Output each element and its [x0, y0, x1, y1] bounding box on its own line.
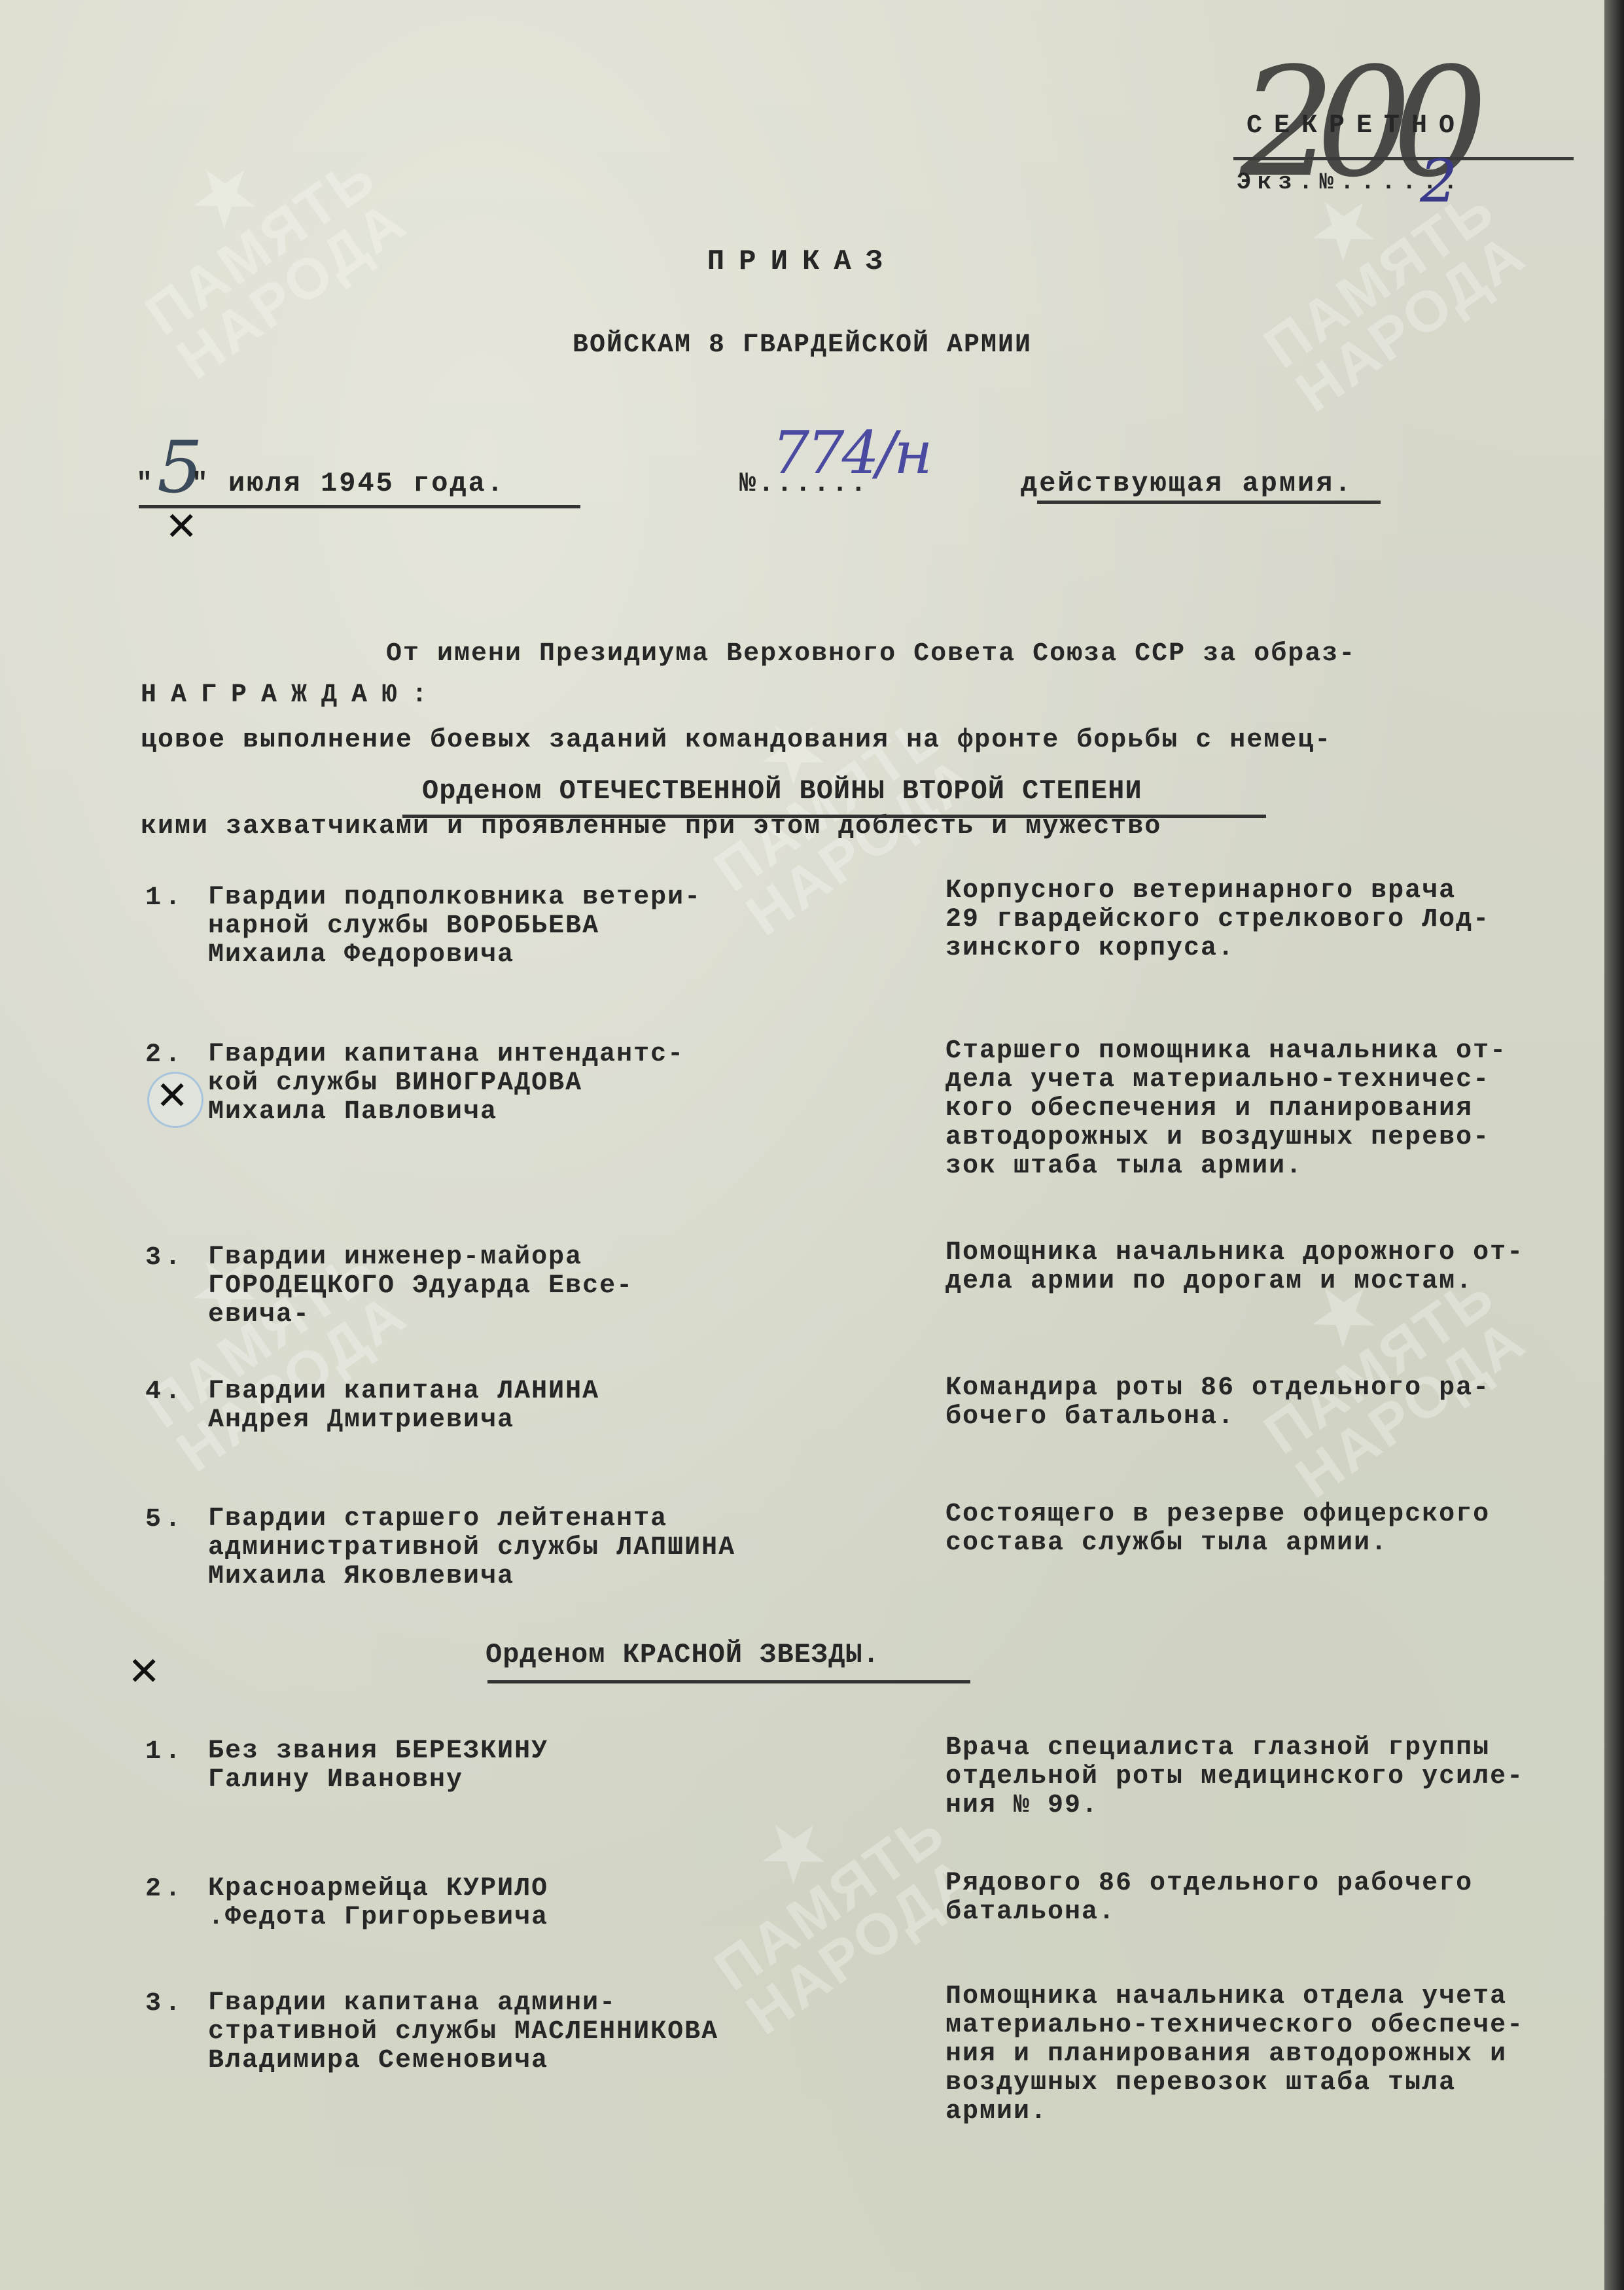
recipient-position: Помощника начальника отдела учета матери… [945, 1982, 1524, 2126]
check-mark-icon: ✕ [128, 1649, 160, 1695]
recipient: Гвардии старшего лейтенанта администрати… [208, 1505, 735, 1591]
section-underline [402, 815, 1266, 818]
order-date: " " июля 1945 года. [136, 468, 505, 499]
recipient-position: Командира роты 86 отдельного ра- бочего … [945, 1374, 1490, 1432]
place-underline [1037, 501, 1381, 504]
classification-label: СЕКРЕТНО [1246, 111, 1466, 141]
document-page: ★ ПАМЯТЬ НАРОДА ★ ПАМЯТЬ НАРОДА ★ ПАМЯТЬ… [0, 0, 1604, 2290]
document-title: ПРИКАЗ [0, 245, 1604, 278]
recipient: Гвардии подполковника ветери- нарной слу… [208, 883, 701, 970]
section-heading-patriotic-war: Орденом ОТЕЧЕСТВЕННОЙ ВОЙНЫ ВТОРОЙ СТЕПЕ… [422, 775, 1142, 807]
recipient-position: Старшего помощника начальника от- дела у… [945, 1037, 1507, 1181]
check-mark-icon: ✕ [156, 1073, 188, 1119]
date-underline [139, 505, 580, 508]
section-underline [487, 1680, 970, 1683]
recipient: Без звания БЕРЕЗКИНУ Галину Ивановну [208, 1737, 548, 1795]
recipient: Красноармейца КУРИЛО .Федота Григорьевич… [208, 1875, 548, 1932]
recipient-position: Рядового 86 отдельного рабочего батальон… [945, 1869, 1473, 1927]
classification-underline [1233, 157, 1574, 160]
preamble: От имени Президиума Верховного Совета Со… [141, 582, 1554, 899]
section-heading-red-star: Орденом КРАСНОЙ ЗВЕЗДЫ. [485, 1639, 880, 1670]
recipient: Гвардии инженер-майора ГОРОДЕЦКОГО Эдуар… [208, 1243, 633, 1330]
recipient-position: Врача специалиста глазной группы отдельн… [945, 1734, 1524, 1820]
watermark: ★ ПАМЯТЬ НАРОДА [97, 1184, 416, 1481]
copy-number-handwritten: 2 [1420, 147, 1457, 216]
order-place: действующая армия. [1021, 468, 1353, 499]
recipient-position: Состоящего в резерве офицерского состава… [945, 1500, 1490, 1558]
star-icon: ★ [667, 1746, 923, 1954]
order-number-handwritten: 774/н [772, 419, 930, 487]
scan-edge [1604, 0, 1624, 2290]
recipient-position: Корпусного ветеринарного врача 29 гварде… [945, 877, 1490, 963]
recipient: Гвардии капитана интендантс- кой службы … [208, 1040, 684, 1127]
award-verb: НАГРАЖДАЮ: [141, 680, 442, 710]
recipient-position: Помощника начальника дорожного от- дела … [945, 1239, 1524, 1296]
recipient: Гвардии капитана ЛАНИНА Андрея Дмитриеви… [208, 1377, 599, 1435]
document-subtitle: ВОЙСКАМ 8 ГВАРДЕЙСКОЙ АРМИИ [0, 330, 1604, 360]
check-mark-icon: ✕ [165, 504, 198, 550]
recipient: Гвардии капитана админи- стративной служ… [208, 1989, 718, 2075]
